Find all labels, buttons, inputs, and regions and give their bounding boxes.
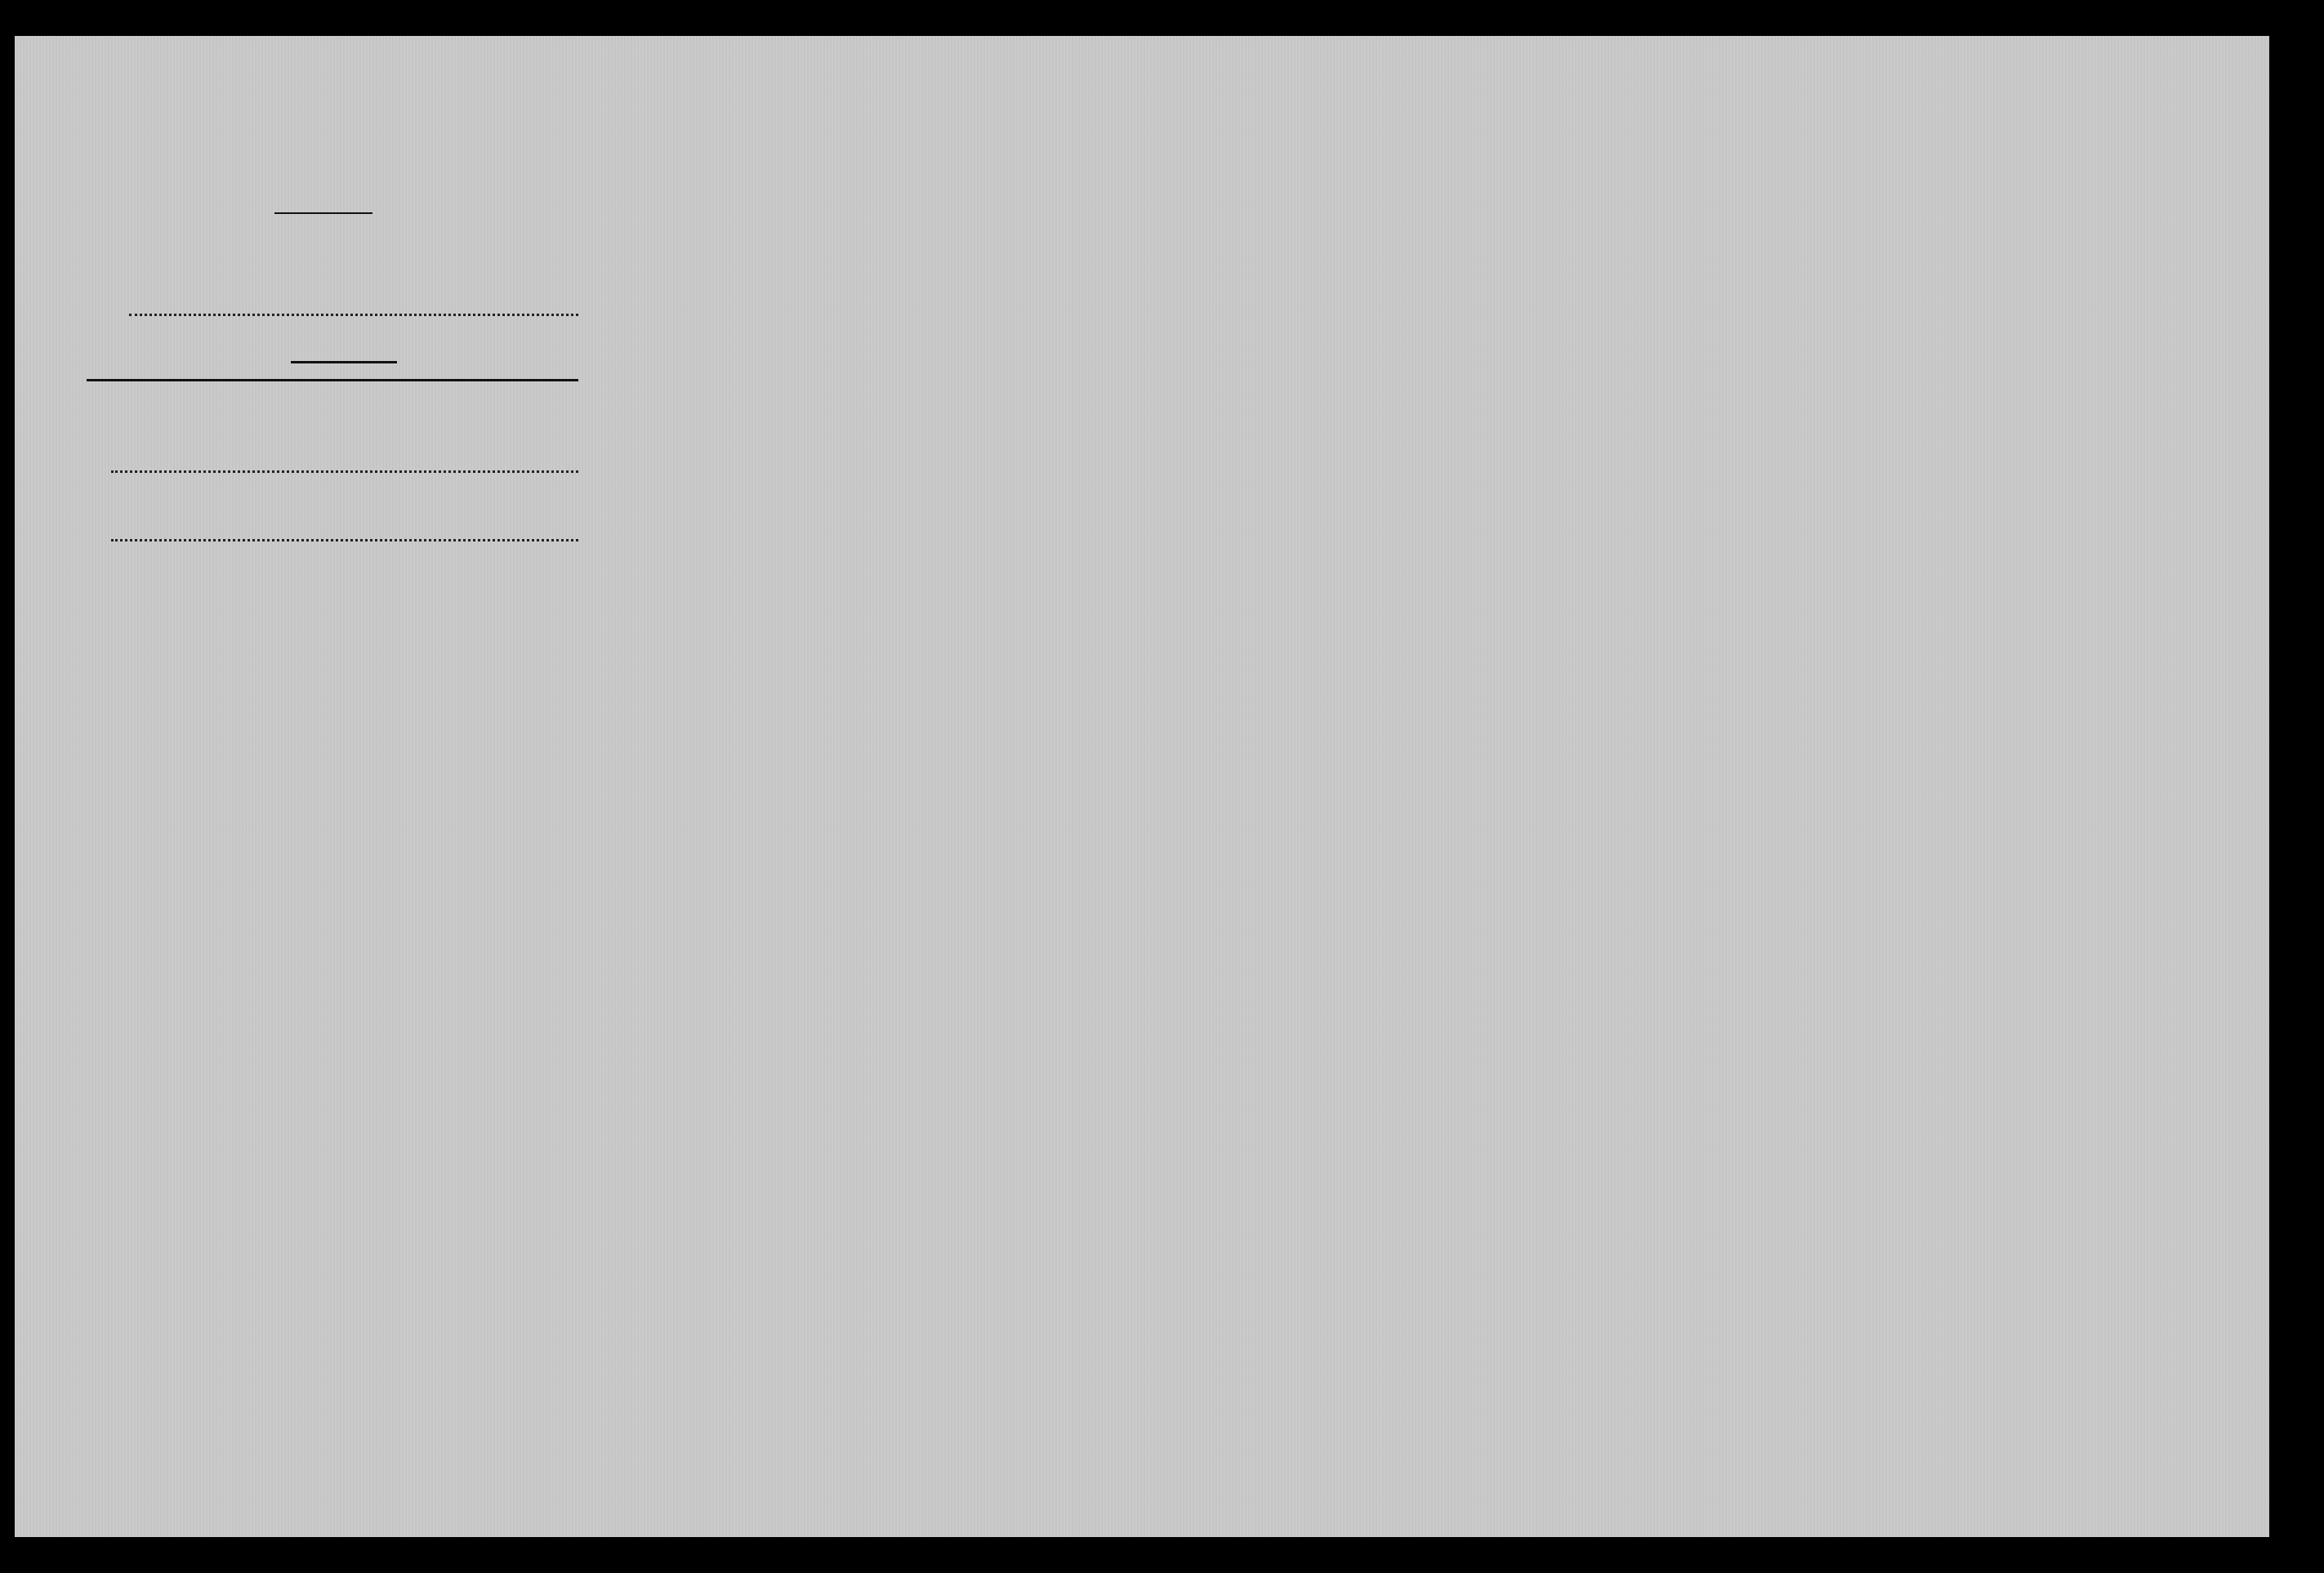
strikethrough (291, 361, 397, 363)
field-line (129, 314, 578, 316)
field-line (111, 470, 578, 473)
field-line (111, 539, 578, 541)
field-line (87, 379, 578, 381)
divider (274, 212, 372, 214)
marriage-form-document (15, 36, 2269, 1537)
